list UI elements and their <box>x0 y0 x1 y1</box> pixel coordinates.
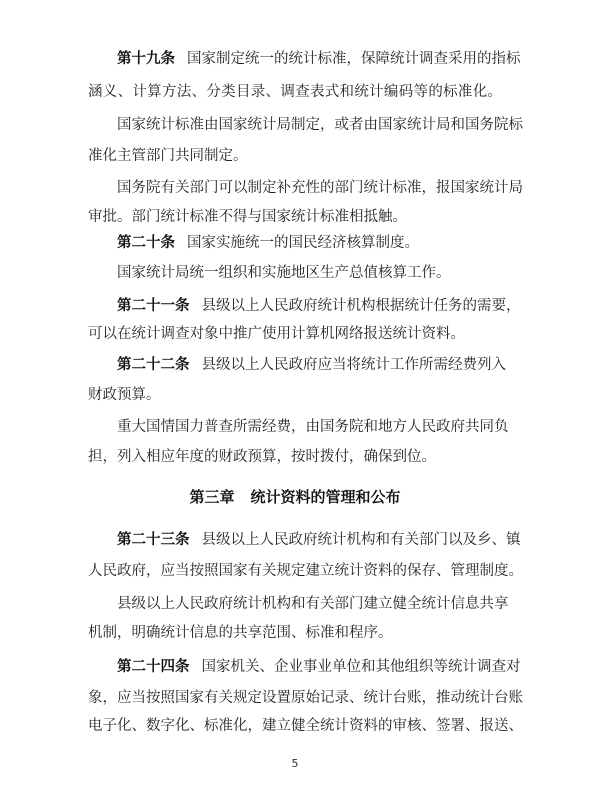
article-22-para-2-line-2: 担，列入相应年度的财政预算，按时拨付，确保到位。 <box>88 448 502 466</box>
article-21-line-1: 第二十一条县级以上人民政府统计机构根据统计任务的需要， <box>117 297 502 315</box>
article-23-line-1: 第二十三条县级以上人民政府统计机构和有关部门以及乡、镇 <box>117 531 502 549</box>
article-24-line-1: 第二十四条国家机关、企业事业单位和其他组织等统计调查对 <box>117 658 502 676</box>
article-19-line-2: 涵义、计算方法、分类目录、调查表式和统计编码等的标准化。 <box>88 83 502 101</box>
article-20-line-1: 第二十条国家实施统一的国民经济核算制度。 <box>117 234 502 252</box>
chapter-heading: 第三章统计资料的管理和公布 <box>0 486 590 507</box>
chapter-title: 统计资料的管理和公布 <box>251 488 401 506</box>
article-22-para-2-line-1: 重大国情国力普查所需经费，由国务院和地方人民政府共同负 <box>117 418 502 436</box>
article-19-line-1: 第十九条国家制定统一的统计标准，保障统计调查采用的指标 <box>117 50 502 68</box>
article-23-para-2-line-2: 机制，明确统计信息的共享范围、标准和程序。 <box>88 624 502 642</box>
article-19-para-2-line-2: 准化主管部门共同制定。 <box>88 147 502 165</box>
article-21-line-2: 可以在统计调查对象中推广使用计算机网络报送统计资料。 <box>88 325 502 343</box>
chapter-number: 第三章 <box>189 488 234 506</box>
article-22-line-1: 第二十二条县级以上人民政府应当将统计工作所需经费列入 <box>117 356 502 374</box>
article-22-label: 第二十二条 <box>117 357 190 373</box>
page-number: 5 <box>0 757 590 770</box>
article-19-para-2-line-1: 国家统计标准由国家统计局制定，或者由国家统计局和国务院标 <box>117 116 502 134</box>
article-24-label: 第二十四条 <box>117 659 190 675</box>
article-19-para-3-line-2: 审批。部门统计标准不得与国家统计标准相抵触。 <box>88 208 502 226</box>
article-24-line-2: 象，应当按照国家有关规定设置原始记录、统计台账，推动统计台账 <box>88 689 502 707</box>
article-21-label: 第二十一条 <box>117 298 190 314</box>
article-22-line-2: 财政预算。 <box>88 386 502 404</box>
article-23-label: 第二十三条 <box>117 532 190 548</box>
article-19-para-3-line-1: 国务院有关部门可以制定补充性的部门统计标准，报国家统计局 <box>117 179 502 197</box>
article-20-label: 第二十条 <box>117 235 175 251</box>
article-23-line-2: 人民政府，应当按照国家有关规定建立统计资料的保存、管理制度。 <box>88 562 502 580</box>
article-20-para-2: 国家统计局统一组织和实施地区生产总值核算工作。 <box>117 264 502 282</box>
article-19-label: 第十九条 <box>117 51 175 67</box>
article-24-line-3: 电子化、数字化、标准化，建立健全统计资料的审核、签署、报送、 <box>88 717 502 735</box>
article-23-para-2-line-1: 县级以上人民政府统计机构和有关部门建立健全统计信息共享 <box>117 595 502 613</box>
document-page: 第十九条国家制定统一的统计标准，保障统计调查采用的指标 涵义、计算方法、分类目录… <box>0 0 590 809</box>
